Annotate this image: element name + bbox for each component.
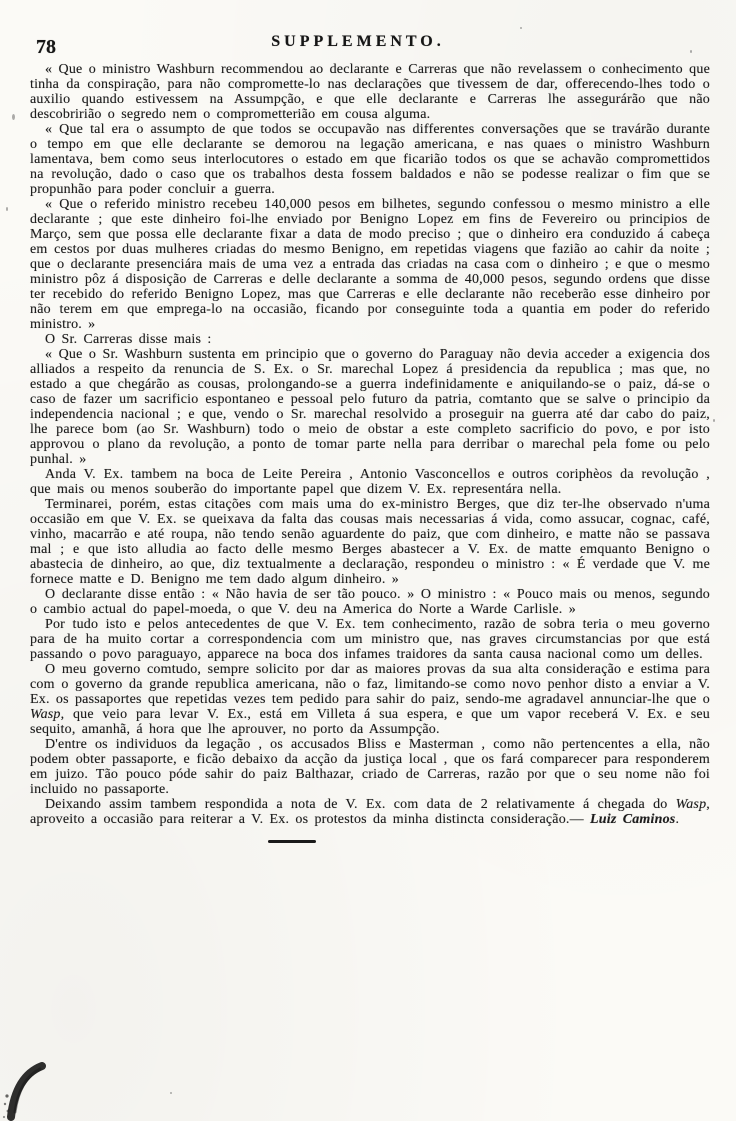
text-segment: Luiz Caminos [590, 812, 675, 827]
section-divider-rule [268, 840, 316, 843]
paragraph: O meu governo comtudo, sempre solicito p… [30, 662, 710, 737]
text-segment: O meu governo comtudo, sempre solicito p… [30, 662, 710, 707]
text-segment: D'entre os individuos da legação , os ac… [30, 737, 710, 797]
text-segment: Por tudo isto e pelos antecedentes de qu… [30, 617, 710, 662]
scan-speck [713, 419, 715, 422]
paragraph: O Sr. Carreras disse mais : [30, 332, 710, 347]
text-segment: Wasp [676, 797, 707, 812]
scan-speck [12, 114, 15, 120]
paragraph: Anda V. Ex. tambem na boca de Leite Pere… [30, 467, 710, 497]
scan-speck [690, 50, 692, 53]
document-body: « Que o ministro Washburn recommendou ao… [30, 62, 710, 843]
paragraph: « Que tal era o assumpto de que todos se… [30, 122, 710, 197]
document-paragraphs: « Que o ministro Washburn recommendou ao… [30, 62, 710, 827]
text-segment: Anda V. Ex. tambem na boca de Leite Pere… [30, 467, 710, 497]
paragraph: Por tudo isto e pelos antecedentes de qu… [30, 617, 710, 662]
text-segment: , que veio para levar V. Ex., está em Vi… [30, 707, 710, 737]
text-segment: O Sr. Carreras disse mais : [45, 332, 211, 347]
text-segment: Wasp [30, 707, 61, 722]
scan-speck [520, 27, 522, 29]
paragraph: « Que o ministro Washburn recommendou ao… [30, 62, 710, 122]
paragraph: Deixando assim tambem respondida a nota … [30, 797, 710, 827]
text-segment: « Que o Sr. Washburn sustenta em princip… [30, 347, 710, 467]
scanned-document-page: 78 SUPPLEMENTO. « Que o ministro Washbur… [0, 0, 736, 1121]
scan-smudge-artifact [0, 1062, 52, 1121]
text-segment: O declarante disse então : « Não havia d… [30, 587, 710, 617]
paragraph: D'entre os individuos da legação , os ac… [30, 737, 710, 797]
page-header-title: SUPPLEMENTO. [0, 33, 716, 51]
text-segment: Deixando assim tambem respondida a nota … [45, 797, 676, 812]
text-segment: . [675, 812, 679, 827]
paragraph: « Que o referido ministro recebeu 140,00… [30, 197, 710, 332]
scan-speck [170, 1092, 172, 1094]
text-segment: « Que o referido ministro recebeu 140,00… [30, 197, 710, 332]
paragraph: « Que o Sr. Washburn sustenta em princip… [30, 347, 710, 467]
paragraph: Terminarei, porém, estas citações com ma… [30, 497, 710, 587]
text-segment: « Que tal era o assumpto de que todos se… [30, 122, 710, 197]
text-segment: « Que o ministro Washburn recommendou ao… [30, 62, 710, 122]
scan-speck [6, 207, 8, 211]
paragraph: O declarante disse então : « Não havia d… [30, 587, 710, 617]
text-segment: Terminarei, porém, estas citações com ma… [30, 497, 710, 587]
